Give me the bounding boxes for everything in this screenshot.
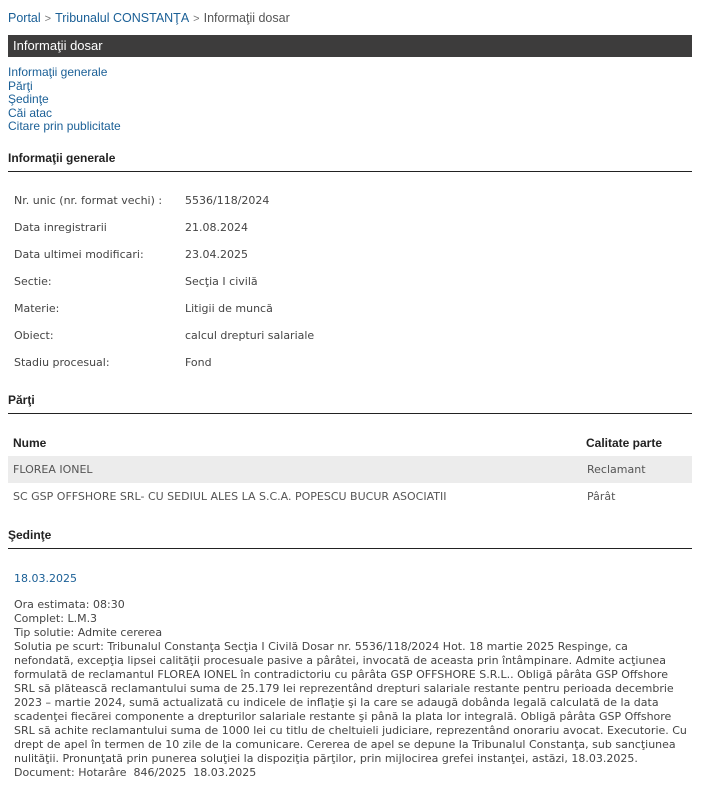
info-value: Fond [185,356,212,369]
info-label: Data ultimei modificari: [14,248,144,261]
column-header-nume: Nume [13,436,46,450]
info-label: Nr. unic (nr. format vechi) : [14,194,162,207]
hearing-solution-type: Tip solutie: Admite cererea [14,626,690,640]
table-row: FLOREA IONEL Reclamant [8,456,692,483]
info-value: Secţia I civilă [185,275,258,288]
table-row: SC GSP OFFSHORE SRL- CU SEDIUL ALES LA S… [8,483,692,510]
breadcrumb-separator: > [45,13,51,25]
section-heading-parti: Părţi [8,393,692,414]
breadcrumb-separator: > [193,13,199,25]
info-value: 21.08.2024 [185,221,248,234]
breadcrumb-portal-link[interactable]: Portal [8,11,41,25]
page-title-bar: Informaţii dosar [8,35,692,57]
breadcrumb-tribunal-link[interactable]: Tribunalul CONSTANŢA [55,11,189,25]
party-name: FLOREA IONEL [13,463,93,476]
info-label: Materie: [14,302,59,315]
toc-link-parti[interactable]: Părţi [8,80,121,94]
info-value: Litigii de muncă [185,302,273,315]
parti-table: Nume Calitate parte FLOREA IONEL Reclama… [8,430,692,510]
hearing-time: Ora estimata: 08:30 [14,598,690,612]
toc-link-cai-atac[interactable]: Căi atac [8,107,121,121]
info-label: Obiect: [14,329,54,342]
section-heading-general: Informaţii generale [8,151,692,172]
party-name: SC GSP OFFSHORE SRL- CU SEDIUL ALES LA S… [13,490,447,503]
party-role: Pârât [587,490,615,503]
table-of-contents: Informaţii generale Părţi Şedinţe Căi at… [8,66,121,134]
info-value: calcul drepturi salariale [185,329,314,342]
info-value: 23.04.2025 [185,248,248,261]
info-value: 5536/118/2024 [185,194,269,207]
breadcrumb: Portal>Tribunalul CONSTANŢA>Informaţii d… [8,11,290,25]
party-role: Reclamant [587,463,646,476]
info-label: Data inregistrarii [14,221,107,234]
breadcrumb-current: Informaţii dosar [204,11,290,25]
hearing-document: Document: Hotarâre 846/2025 18.03.2025 [14,766,690,780]
column-header-calitate: Calitate parte [586,436,662,450]
toc-link-informatii-generale[interactable]: Informaţii generale [8,66,121,80]
info-label: Sectie: [14,275,52,288]
hearing-details: Ora estimata: 08:30 Complet: L.M.3 Tip s… [14,598,690,780]
hearing-panel: Complet: L.M.3 [14,612,690,626]
hearing-date-link[interactable]: 18.03.2025 [14,572,77,585]
hearing-solution-summary: Solutia pe scurt: Tribunalul Constanţa S… [14,640,690,766]
info-label: Stadiu procesual: [14,356,110,369]
section-heading-sedinte: Şedinţe [8,528,692,549]
table-header: Nume Calitate parte [8,430,692,456]
toc-link-sedinte[interactable]: Şedinţe [8,93,121,107]
toc-link-citare[interactable]: Citare prin publicitate [8,120,121,134]
